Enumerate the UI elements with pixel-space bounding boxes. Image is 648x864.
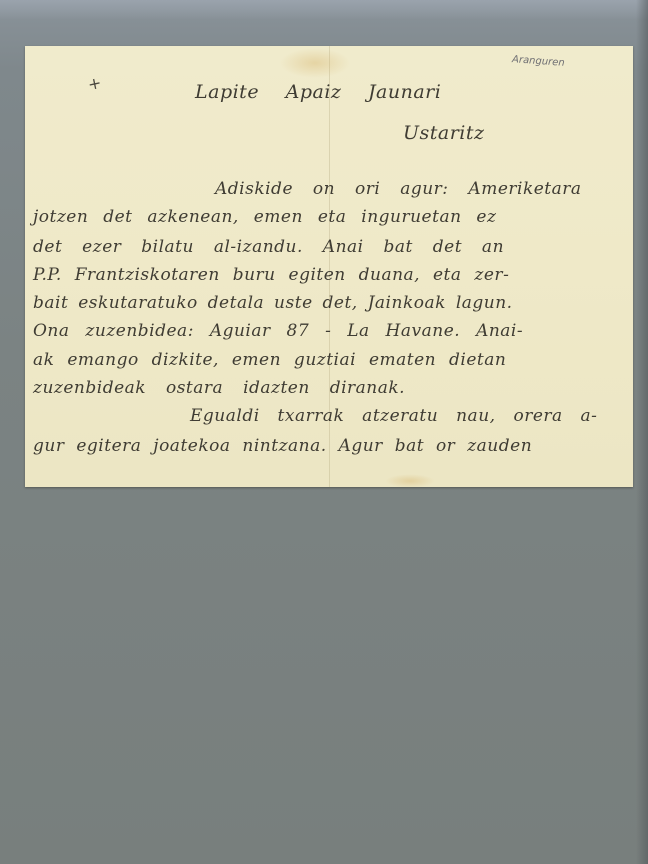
mat-right-shade: [636, 0, 648, 864]
body-line: Ona zuzenbidea: Aguiar 87 - La Havane. A…: [33, 323, 523, 340]
body-line: det ezer bilatu al-izandu. Anai bat det …: [33, 239, 504, 256]
body-line: bait eskutaratuko detala uste det, Jaink…: [33, 295, 513, 312]
paper-stain: [280, 48, 350, 78]
paper-stain: [385, 474, 435, 488]
body-line: P.P. Frantziskotaren buru egiten duana, …: [33, 267, 509, 284]
body-line: zuzenbideak ostara idazten diranak.: [33, 380, 405, 397]
salutation-line-1: Lapite Apaiz Jaunari: [195, 83, 441, 102]
mat-top-shade: [0, 0, 648, 20]
salutation-line-2: Ustaritz: [403, 124, 485, 143]
archive-annotation: Aranguren: [512, 54, 565, 69]
body-line: Egualdi txarrak atzeratu nau, orera a-: [190, 408, 597, 425]
body-line: gur egitera joatekoa nintzana. Agur bat …: [33, 438, 532, 455]
body-line: jotzen det azkenean, emen eta inguruetan…: [33, 209, 496, 226]
cross-mark-icon: +: [86, 75, 102, 93]
body-line: ak emango dizkite, emen guztiai ematen d…: [33, 352, 506, 369]
body-line: Adiskide on ori agur: Ameriketara: [215, 181, 582, 198]
letter-page: Aranguren + Lapite Apaiz Jaunari Ustarit…: [25, 46, 633, 487]
